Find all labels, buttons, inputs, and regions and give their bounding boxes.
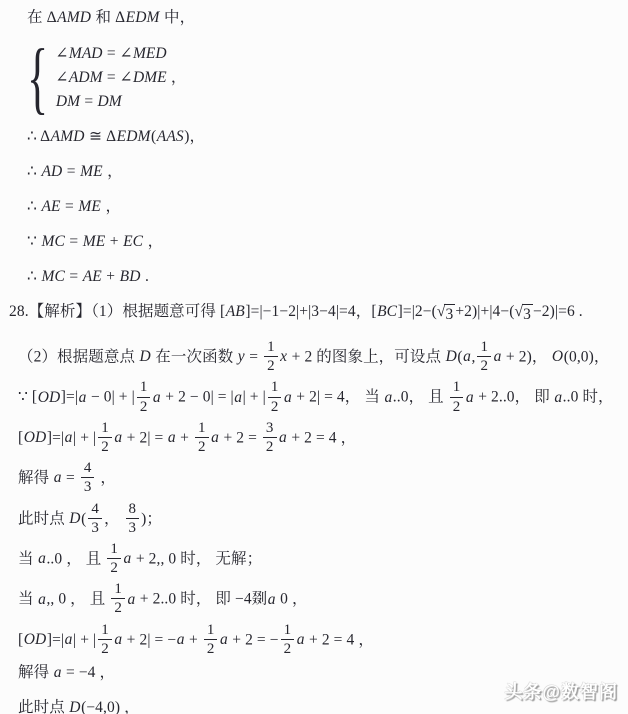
fraction: 12 [268, 379, 282, 414]
math-text: = [61, 198, 78, 215]
math-variable: MC [41, 233, 65, 250]
math-text: 在一次函数 [151, 348, 237, 365]
math-text: ∴ [27, 198, 41, 215]
math-variable: EC [123, 233, 144, 250]
line-case3-condition: 当 a,, 0 ， 且 12a + 2..0 时， 即 −4剟a 0 ， [18, 582, 622, 617]
fraction-denominator: 2 [114, 599, 122, 616]
math-text: （2）根据题意点 [18, 348, 139, 365]
math-text: 28.【解析】（1）根据题意可得 [ [9, 303, 225, 320]
math-text: + [102, 268, 119, 285]
line-case2-no-solution: 当 a..0 ， 且 12a + 2,, 0 时， 无解； [18, 542, 622, 577]
line-od-case1-condition: ∵ [OD]=|a − 0| + |12a + 2 − 0| = |a| + |… [18, 380, 622, 415]
fraction: 12 [111, 581, 125, 616]
fraction-numerator: 1 [450, 379, 464, 397]
line-od-case3-equation: [OD]=|a| + |12a + 2| = −a + 12a + 2 = −1… [18, 623, 622, 658]
math-variable: ADM [68, 69, 103, 86]
math-text: + 2| = 4， 当 [292, 389, 384, 406]
math-text: ]=|2−( [398, 303, 437, 320]
math-text: = [63, 163, 80, 180]
watermark: 头条@数智阁 [504, 678, 618, 704]
sqrt-body: 3 [444, 304, 455, 324]
math-text: . [141, 268, 149, 285]
fraction: 12 [450, 379, 464, 414]
math-variable: MED [132, 45, 167, 62]
math-variable: BC [377, 303, 398, 320]
math-text: = ∠ [103, 69, 132, 86]
fraction-numerator: 1 [107, 541, 121, 559]
math-variable: EDM [125, 9, 160, 26]
line-mc-me-ec: ∵ MC = ME + EC ， [27, 232, 622, 251]
math-text: 解得 [18, 469, 53, 486]
math-variable: a [114, 631, 123, 648]
line-28-part1: 28.【解析】（1）根据题意可得 [AB]=|−1−2|+|3−4|=4，[BC… [9, 302, 622, 324]
fraction-numerator: 4 [88, 501, 102, 519]
math-text: ， [101, 198, 121, 215]
fraction: 12 [281, 622, 295, 657]
fraction: 12 [477, 339, 491, 374]
fraction-denominator: 2 [110, 559, 118, 576]
math-variable: ME [82, 233, 106, 250]
system-equation-row: ∠MAD = ∠MED [55, 44, 186, 64]
math-variable: O [551, 348, 563, 365]
math-variable: x [280, 348, 288, 365]
line-28-part2-setup: （2）根据题意点 D 在一次函数 y = 12x + 2 的图象上，可设点 D(… [18, 340, 622, 375]
math-text: + 2,, 0 时， 无解； [132, 550, 262, 567]
math-text: ∠ [55, 45, 68, 62]
math-text: 此时点 [18, 510, 69, 527]
math-variable: a [64, 631, 73, 648]
fraction-denominator: 2 [453, 398, 461, 415]
fraction-numerator: 1 [195, 420, 209, 438]
fraction: 83 [126, 501, 140, 536]
math-text: + 2 = 4 ， [305, 631, 374, 648]
math-text: ∵ [ [18, 389, 37, 406]
math-text: ∴ Δ [27, 128, 50, 145]
math-text: )； [141, 510, 162, 527]
math-text: ， [167, 69, 186, 86]
fraction-numerator: 1 [477, 339, 491, 357]
math-variable: a [123, 550, 132, 567]
math-text: −2)|=6 . [533, 303, 583, 320]
fraction: 43 [88, 501, 102, 536]
math-text: ]=| [47, 429, 64, 446]
math-text: + 2 = 4 ， [287, 429, 356, 446]
math-text: ， [103, 163, 123, 180]
math-text: + 2..0 时， 即 −4剟 [136, 591, 267, 608]
line-point-d-4-3: 此时点 D(43， 83)； [18, 502, 622, 537]
system-equation-row: DM = DM [55, 92, 186, 112]
sqrt-radical: √3 [515, 304, 533, 324]
math-text: 和 Δ [92, 9, 126, 26]
math-variable: D [445, 348, 457, 365]
math-text: + 2..0， 即 [474, 389, 554, 406]
math-variable: a [267, 591, 276, 608]
math-variable: a [64, 429, 73, 446]
math-variable: a [53, 469, 62, 486]
fraction-numerator: 3 [263, 420, 277, 438]
math-text: | + | [73, 631, 96, 648]
math-variable: a [296, 631, 305, 648]
math-variable: AMD [50, 128, 85, 145]
math-text: 在 Δ [27, 9, 57, 26]
fraction-denominator: 2 [480, 357, 488, 374]
math-text: ]=|−1−2|+|3−4|=4，[ [245, 303, 376, 320]
math-text: , [471, 348, 475, 365]
math-text: + 2 的图象上，可设点 [288, 348, 445, 365]
system-rows: ∠MAD = ∠MED∠ADM = ∠DME ，DM = DM [55, 44, 186, 112]
line-mc-ae-bd: ∴ MC = AE + BD . [27, 267, 622, 286]
math-text: + 2| = [123, 429, 168, 446]
fraction-denominator: 2 [198, 438, 206, 455]
math-text: | + | [243, 389, 266, 406]
math-text: − 0| + | [87, 389, 135, 406]
math-text: ( [81, 510, 86, 527]
math-text: 当 [18, 550, 38, 567]
math-variable: AMD [57, 9, 92, 26]
math-variable: a [219, 631, 228, 648]
math-variable: a [167, 429, 176, 446]
math-variable: a [384, 389, 393, 406]
math-variable: AE [82, 268, 102, 285]
math-variable: ME [80, 163, 104, 180]
math-variable: DME [132, 69, 167, 86]
line-ae-me: ∴ AE = ME ， [27, 197, 622, 216]
math-text: ∴ [27, 163, 41, 180]
math-text: = [65, 268, 82, 285]
math-text: ∠ [55, 69, 68, 86]
math-variable: a [283, 389, 292, 406]
math-variable: D [139, 348, 151, 365]
math-text: = ∠ [103, 45, 132, 62]
math-text: )， [184, 128, 205, 145]
document-body: 在 ΔAMD 和 ΔEDM 中，{∠MAD = ∠MED∠ADM = ∠DME … [27, 8, 622, 714]
sqrt-body: 3 [522, 304, 533, 324]
system-left-brace: { [27, 43, 48, 113]
math-text: (0,0)， [564, 348, 610, 365]
math-text: 0 ， [276, 591, 307, 608]
math-text: ( [457, 348, 462, 365]
fraction-denominator: 3 [129, 519, 137, 536]
math-text: + 2 = − [228, 631, 278, 648]
math-variable: AD [41, 163, 63, 180]
math-variable: a [554, 389, 563, 406]
fraction-denominator: 3 [91, 519, 99, 536]
fraction: 43 [81, 460, 95, 495]
fraction-denominator: 3 [84, 478, 92, 495]
math-text: +2)|+|4−( [455, 303, 514, 320]
math-variable: DM [97, 93, 122, 110]
math-variable: EDM [116, 128, 151, 145]
fraction-numerator: 1 [98, 420, 112, 438]
math-text: 当 [18, 591, 38, 608]
fraction-numerator: 8 [126, 501, 140, 519]
fraction-numerator: 1 [281, 622, 295, 640]
fraction-numerator: 1 [137, 379, 151, 397]
math-text: ,, 0 ， 且 [46, 591, 109, 608]
fraction: 32 [263, 420, 277, 455]
math-text: ， [96, 469, 116, 486]
math-text: + 2| = − [123, 631, 176, 648]
math-text: = [245, 348, 262, 365]
math-text: + [176, 429, 193, 446]
math-variable: AB [225, 303, 245, 320]
math-variable: AAS [156, 128, 184, 145]
document-page: 在 ΔAMD 和 ΔEDM 中，{∠MAD = ∠MED∠ADM = ∠DME … [0, 0, 628, 714]
math-text: (−4,0) ， [81, 699, 140, 714]
math-variable: a [465, 389, 474, 406]
math-variable: BD [119, 268, 141, 285]
math-text: 解得 [18, 664, 53, 681]
fraction-numerator: 1 [111, 581, 125, 599]
math-variable: a [53, 664, 62, 681]
fraction-denominator: 2 [101, 640, 109, 657]
math-text: + 2 − 0| = | [161, 389, 233, 406]
math-variable: a [114, 429, 123, 446]
fraction: 12 [98, 420, 112, 455]
fraction-numerator: 1 [98, 622, 112, 640]
fraction: 12 [137, 379, 151, 414]
math-text: ≅ Δ [85, 128, 116, 145]
fraction-denominator: 2 [207, 640, 215, 657]
line-solve-a-4-3: 解得 a = 43 ， [18, 461, 622, 496]
math-variable: OD [37, 389, 61, 406]
math-text: | + | [73, 429, 96, 446]
fraction-numerator: 1 [264, 339, 278, 357]
fraction-denominator: 2 [271, 398, 279, 415]
line-congruent-conclusion: ∴ ΔAMD ≅ ΔEDM(AAS)， [27, 127, 622, 146]
math-text: ∵ [27, 233, 41, 250]
math-text: 中， [160, 9, 195, 26]
fraction: 12 [98, 622, 112, 657]
fraction: 12 [107, 541, 121, 576]
math-text: = [81, 93, 98, 110]
fraction-denominator: 2 [266, 438, 274, 455]
system-equation-row: ∠ADM = ∠DME ， [55, 68, 186, 88]
math-text: + [185, 631, 202, 648]
math-variable: a [152, 389, 161, 406]
math-text: ， [144, 233, 164, 250]
fraction-denominator: 2 [140, 398, 148, 415]
fraction: 12 [204, 622, 218, 657]
math-text: + 2)， [502, 348, 551, 365]
math-variable: a [176, 631, 185, 648]
math-text: ..0 ， 且 [46, 550, 105, 567]
math-text: 此时点 [18, 699, 69, 714]
math-variable: D [69, 510, 81, 527]
sqrt-radical: √3 [437, 304, 455, 324]
fraction-denominator: 2 [101, 438, 109, 455]
math-variable: a [493, 348, 502, 365]
math-text: + 2 = [219, 429, 260, 446]
math-text: = −4 ， [62, 664, 115, 681]
math-text: ]=| [47, 631, 64, 648]
math-text: ..0， 且 [393, 389, 448, 406]
math-variable: ME [78, 198, 102, 215]
line-od-case1-equation: [OD]=|a| + |12a + 2| = a + 12a + 2 = 32a… [18, 421, 622, 456]
fraction-denominator: 2 [284, 640, 292, 657]
math-variable: MAD [68, 45, 103, 62]
fraction-numerator: 1 [268, 379, 282, 397]
math-variable: AE [41, 198, 61, 215]
fraction-numerator: 4 [81, 460, 95, 478]
math-text: ， [104, 510, 124, 527]
math-text: + [106, 233, 123, 250]
system-congruence: {∠MAD = ∠MED∠ADM = ∠DME ，DM = DM [27, 43, 622, 113]
math-text: = [62, 469, 79, 486]
math-text: = [65, 233, 82, 250]
math-text: ..0 时， [563, 389, 614, 406]
line-ad-me: ∴ AD = ME ， [27, 162, 622, 181]
fraction-numerator: 1 [204, 622, 218, 640]
math-variable: MC [41, 268, 65, 285]
math-variable: OD [23, 429, 47, 446]
math-text: ]=| [61, 389, 78, 406]
math-variable: D [69, 699, 81, 714]
fraction: 12 [195, 420, 209, 455]
math-text: ∴ [27, 268, 41, 285]
math-variable: a [234, 389, 243, 406]
math-variable: a [127, 591, 136, 608]
math-variable: OD [23, 631, 47, 648]
math-variable: a [78, 389, 87, 406]
fraction: 12 [264, 339, 278, 374]
math-variable: DM [55, 93, 80, 110]
line-triangles-intro: 在 ΔAMD 和 ΔEDM 中， [27, 8, 622, 27]
fraction-denominator: 2 [267, 357, 275, 374]
